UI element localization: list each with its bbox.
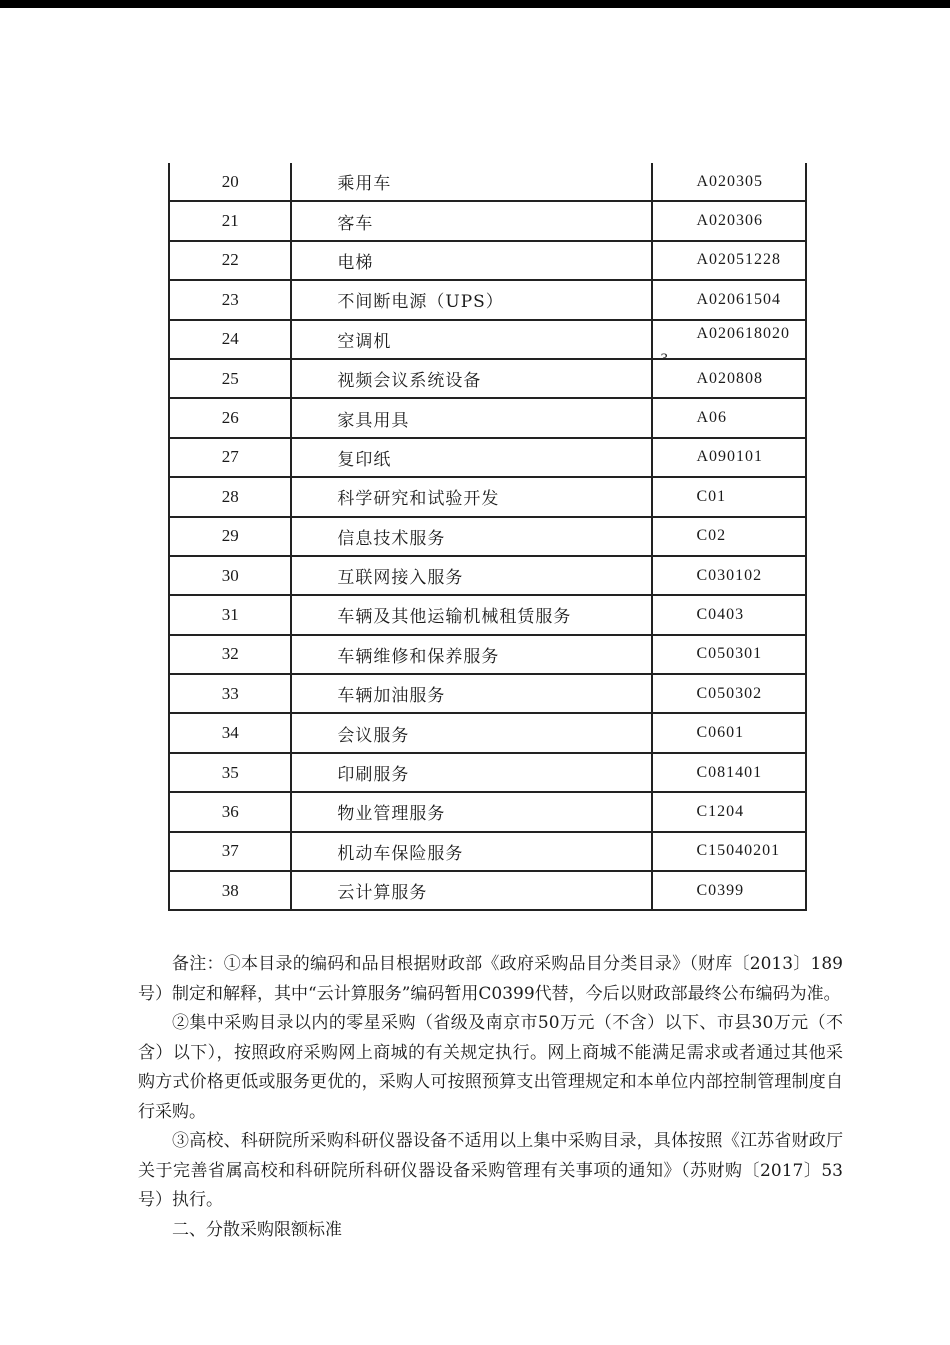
row-number: 36	[169, 792, 291, 831]
table-row: 27复印纸A090101	[169, 438, 806, 477]
item-code: A090101	[652, 438, 807, 477]
item-code: A020305	[652, 163, 807, 201]
table-row: 38云计算服务C0399	[169, 871, 806, 910]
table-row: 21客车A020306	[169, 201, 806, 240]
procurement-catalog-table: 20乘用车A02030521客车A02030622电梯A0205122823不间…	[168, 163, 807, 911]
row-number: 29	[169, 517, 291, 556]
item-name: 车辆加油服务	[291, 674, 651, 713]
item-name: 云计算服务	[291, 871, 651, 910]
item-code: A0206180203	[652, 320, 807, 359]
row-number: 33	[169, 674, 291, 713]
item-code: A06	[652, 398, 807, 437]
note-1: 备注：①本目录的编码和品目根据财政部《政府采购品目分类目录》（财库〔2013〕1…	[138, 950, 843, 1009]
row-number: 31	[169, 595, 291, 634]
item-name: 印刷服务	[291, 753, 651, 792]
item-name: 客车	[291, 201, 651, 240]
table-row: 29信息技术服务C02	[169, 517, 806, 556]
item-name: 机动车保险服务	[291, 832, 651, 871]
item-code: A020306	[652, 201, 807, 240]
item-name: 空调机	[291, 320, 651, 359]
item-name: 电梯	[291, 241, 651, 280]
row-number: 24	[169, 320, 291, 359]
note-3: ③高校、科研院所采购科研仪器设备不适用以上集中采购目录，具体按照《江苏省财政厅关…	[138, 1127, 843, 1216]
item-code-overflow: 3	[661, 352, 670, 359]
row-number: 32	[169, 635, 291, 674]
item-code: C02	[652, 517, 807, 556]
row-number: 30	[169, 556, 291, 595]
table-row: 32车辆维修和保养服务C050301	[169, 635, 806, 674]
table-row: 31车辆及其他运输机械租赁服务C0403	[169, 595, 806, 634]
item-name: 乘用车	[291, 163, 651, 201]
row-number: 26	[169, 398, 291, 437]
table-row: 24空调机A0206180203	[169, 320, 806, 359]
item-name: 互联网接入服务	[291, 556, 651, 595]
item-code: C15040201	[652, 832, 807, 871]
table-row: 37机动车保险服务C15040201	[169, 832, 806, 871]
item-code: C01	[652, 477, 807, 516]
row-number: 22	[169, 241, 291, 280]
item-name: 车辆维修和保养服务	[291, 635, 651, 674]
item-code: A02061504	[652, 280, 807, 319]
table-row: 22电梯A02051228	[169, 241, 806, 280]
item-code: C050301	[652, 635, 807, 674]
table-row: 25视频会议系统设备A020808	[169, 359, 806, 398]
section-heading: 二、分散采购限额标准	[138, 1216, 843, 1246]
table-row: 26家具用具A06	[169, 398, 806, 437]
item-code-main: A020618020	[697, 325, 791, 342]
item-name: 复印纸	[291, 438, 651, 477]
row-number: 37	[169, 832, 291, 871]
table-row: 30互联网接入服务C030102	[169, 556, 806, 595]
item-code: C0403	[652, 595, 807, 634]
item-code: C081401	[652, 753, 807, 792]
item-name: 不间断电源（UPS）	[291, 280, 651, 319]
table-row: 28科学研究和试验开发C01	[169, 477, 806, 516]
item-code: C0399	[652, 871, 807, 910]
notes-section: 备注：①本目录的编码和品目根据财政部《政府采购品目分类目录》（财库〔2013〕1…	[138, 950, 843, 1245]
row-number: 28	[169, 477, 291, 516]
top-black-bar	[0, 0, 950, 8]
item-code: C1204	[652, 792, 807, 831]
item-code: C0601	[652, 713, 807, 752]
table-row: 36物业管理服务C1204	[169, 792, 806, 831]
note-2: ②集中采购目录以内的零星采购（省级及南京市50万元（不含）以下、市县30万元（不…	[138, 1009, 843, 1127]
table-row: 33车辆加油服务C050302	[169, 674, 806, 713]
item-name: 车辆及其他运输机械租赁服务	[291, 595, 651, 634]
row-number: 34	[169, 713, 291, 752]
item-code: A02051228	[652, 241, 807, 280]
item-name: 物业管理服务	[291, 792, 651, 831]
item-name: 科学研究和试验开发	[291, 477, 651, 516]
item-name: 信息技术服务	[291, 517, 651, 556]
table-row: 23不间断电源（UPS）A02061504	[169, 280, 806, 319]
item-name: 家具用具	[291, 398, 651, 437]
item-code: C030102	[652, 556, 807, 595]
row-number: 21	[169, 201, 291, 240]
item-name: 视频会议系统设备	[291, 359, 651, 398]
row-number: 25	[169, 359, 291, 398]
table-row: 35印刷服务C081401	[169, 753, 806, 792]
row-number: 35	[169, 753, 291, 792]
table-row: 20乘用车A020305	[169, 163, 806, 201]
item-code: C050302	[652, 674, 807, 713]
row-number: 27	[169, 438, 291, 477]
item-name: 会议服务	[291, 713, 651, 752]
row-number: 23	[169, 280, 291, 319]
item-code: A020808	[652, 359, 807, 398]
table-row: 34会议服务C0601	[169, 713, 806, 752]
row-number: 38	[169, 871, 291, 910]
row-number: 20	[169, 163, 291, 201]
